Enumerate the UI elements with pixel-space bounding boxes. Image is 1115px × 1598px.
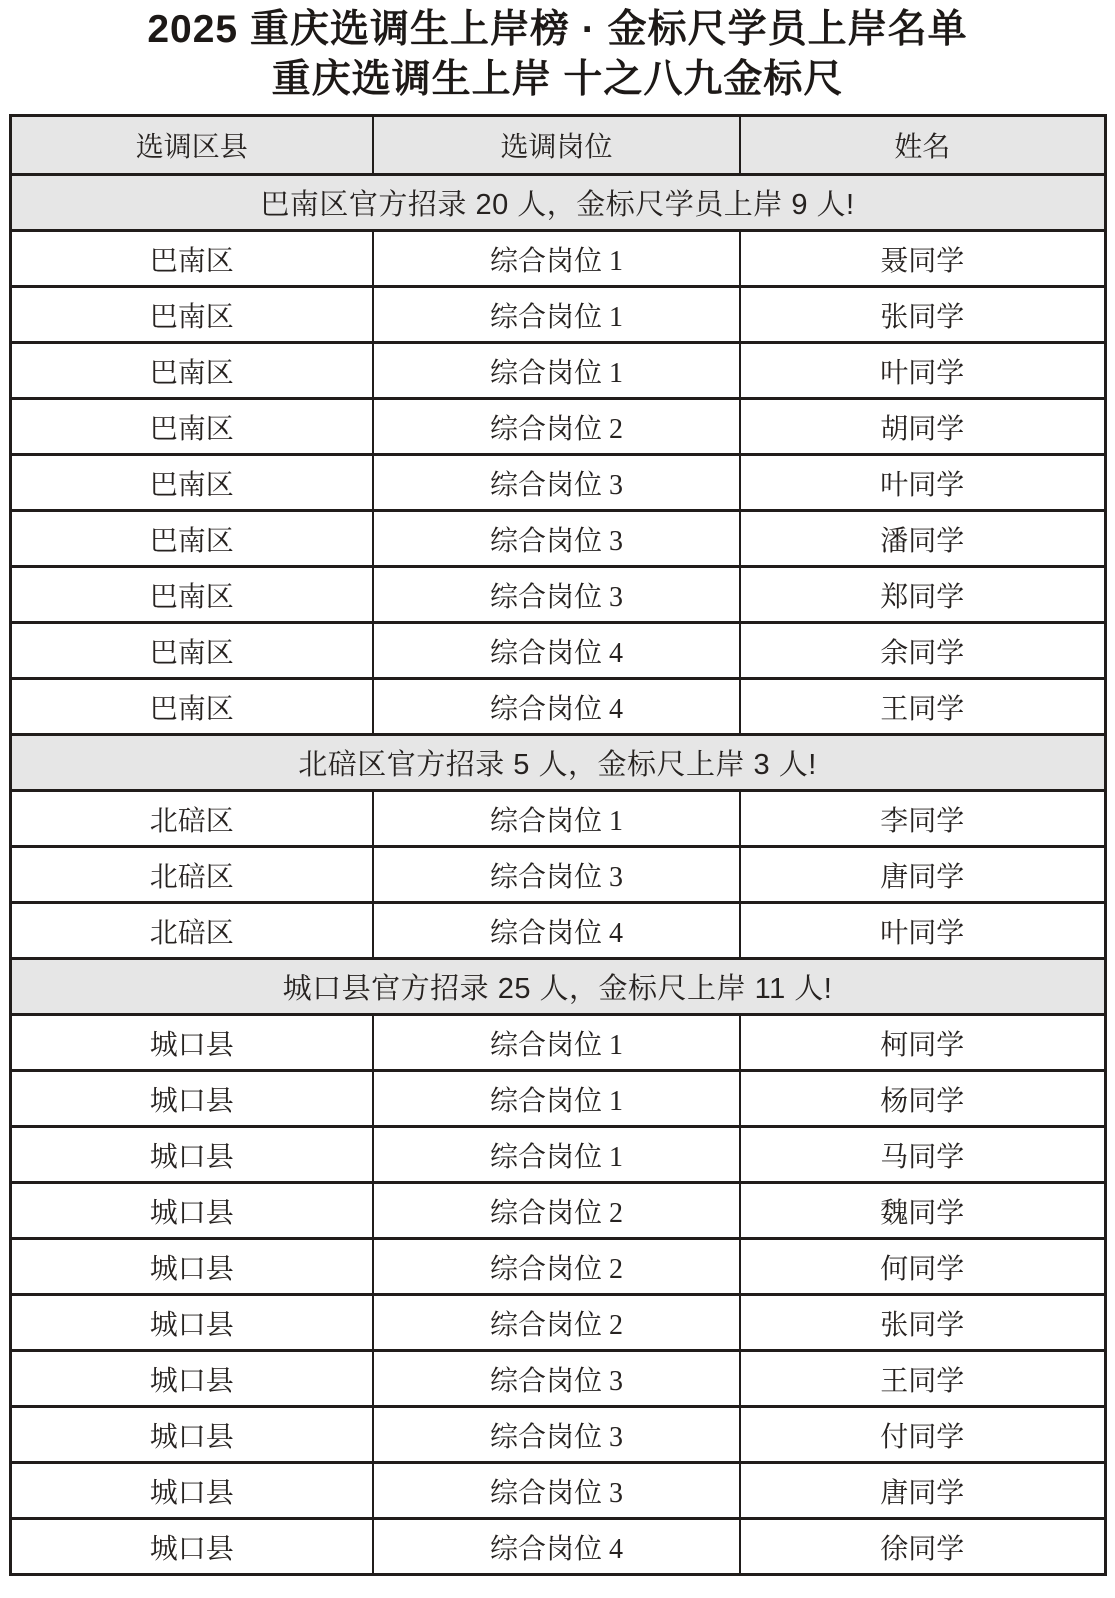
results-table: 选调区县选调岗位姓名 巴南区官方招录 20 人，金标尺学员上岸 9 人!巴南区综… [9, 114, 1107, 1576]
cell-name: 张同学 [740, 1295, 1105, 1351]
table-row: 北碚区综合岗位 3唐同学 [10, 847, 1105, 903]
cell-district: 巴南区 [10, 567, 373, 623]
cell-name: 叶同学 [740, 343, 1105, 399]
cell-district: 巴南区 [10, 623, 373, 679]
cell-district: 巴南区 [10, 287, 373, 343]
cell-district: 城口县 [10, 1295, 373, 1351]
cell-position: 综合岗位 1 [373, 791, 740, 847]
section-header-row: 巴南区官方招录 20 人，金标尺学员上岸 9 人! [10, 175, 1105, 231]
table-row: 城口县综合岗位 2张同学 [10, 1295, 1105, 1351]
cell-name: 潘同学 [740, 511, 1105, 567]
table-row: 城口县综合岗位 2何同学 [10, 1239, 1105, 1295]
cell-district: 北碚区 [10, 791, 373, 847]
cell-position: 综合岗位 2 [373, 1183, 740, 1239]
cell-position: 综合岗位 3 [373, 455, 740, 511]
column-header-row: 选调区县选调岗位姓名 [10, 116, 1105, 175]
section-header: 巴南区官方招录 20 人，金标尺学员上岸 9 人! [10, 175, 1105, 231]
cell-name: 王同学 [740, 679, 1105, 735]
column-header-district: 选调区县 [10, 116, 373, 175]
cell-district: 北碚区 [10, 847, 373, 903]
cell-position: 综合岗位 2 [373, 399, 740, 455]
table-row: 城口县综合岗位 4徐同学 [10, 1519, 1105, 1575]
cell-name: 付同学 [740, 1407, 1105, 1463]
section-header: 北碚区官方招录 5 人，金标尺上岸 3 人! [10, 735, 1105, 791]
cell-position: 综合岗位 3 [373, 567, 740, 623]
cell-district: 城口县 [10, 1519, 373, 1575]
cell-name: 唐同学 [740, 847, 1105, 903]
cell-name: 王同学 [740, 1351, 1105, 1407]
section-header-row: 北碚区官方招录 5 人，金标尺上岸 3 人! [10, 735, 1105, 791]
cell-district: 巴南区 [10, 679, 373, 735]
table-row: 巴南区综合岗位 2胡同学 [10, 399, 1105, 455]
table-body: 巴南区官方招录 20 人，金标尺学员上岸 9 人!巴南区综合岗位 1聂同学巴南区… [10, 175, 1105, 1575]
table-row: 城口县综合岗位 2魏同学 [10, 1183, 1105, 1239]
table-row: 城口县综合岗位 1柯同学 [10, 1015, 1105, 1071]
cell-name: 聂同学 [740, 231, 1105, 287]
cell-position: 综合岗位 3 [373, 1463, 740, 1519]
cell-district: 城口县 [10, 1015, 373, 1071]
cell-position: 综合岗位 2 [373, 1239, 740, 1295]
title-line-1: 2025 重庆选调生上岸榜 · 金标尺学员上岸名单 [0, 5, 1115, 55]
table-row: 巴南区综合岗位 3潘同学 [10, 511, 1105, 567]
section-header-row: 城口县官方招录 25 人，金标尺上岸 11 人! [10, 959, 1105, 1015]
cell-position: 综合岗位 3 [373, 847, 740, 903]
cell-district: 北碚区 [10, 903, 373, 959]
cell-district: 城口县 [10, 1463, 373, 1519]
cell-district: 巴南区 [10, 511, 373, 567]
table-row: 城口县综合岗位 1马同学 [10, 1127, 1105, 1183]
table-row: 城口县综合岗位 3王同学 [10, 1351, 1105, 1407]
table-row: 巴南区综合岗位 1聂同学 [10, 231, 1105, 287]
cell-position: 综合岗位 1 [373, 231, 740, 287]
title-line-2: 重庆选调生上岸 十之八九金标尺 [0, 55, 1115, 105]
cell-name: 杨同学 [740, 1071, 1105, 1127]
table-row: 巴南区综合岗位 1张同学 [10, 287, 1105, 343]
cell-name: 何同学 [740, 1239, 1105, 1295]
table-row: 巴南区综合岗位 1叶同学 [10, 343, 1105, 399]
cell-name: 张同学 [740, 287, 1105, 343]
table-row: 巴南区综合岗位 4王同学 [10, 679, 1105, 735]
cell-position: 综合岗位 3 [373, 511, 740, 567]
table-row: 巴南区综合岗位 4余同学 [10, 623, 1105, 679]
cell-district: 城口县 [10, 1351, 373, 1407]
table-row: 城口县综合岗位 1杨同学 [10, 1071, 1105, 1127]
cell-name: 余同学 [740, 623, 1105, 679]
cell-district: 城口县 [10, 1239, 373, 1295]
cell-position: 综合岗位 1 [373, 1127, 740, 1183]
cell-position: 综合岗位 4 [373, 623, 740, 679]
cell-name: 柯同学 [740, 1015, 1105, 1071]
cell-name: 胡同学 [740, 399, 1105, 455]
cell-position: 综合岗位 1 [373, 1071, 740, 1127]
cell-name: 李同学 [740, 791, 1105, 847]
page: 2025 重庆选调生上岸榜 · 金标尺学员上岸名单 重庆选调生上岸 十之八九金标… [0, 0, 1115, 1598]
column-header-name: 姓名 [740, 116, 1105, 175]
cell-position: 综合岗位 3 [373, 1407, 740, 1463]
cell-position: 综合岗位 2 [373, 1295, 740, 1351]
table-row: 巴南区综合岗位 3叶同学 [10, 455, 1105, 511]
page-title: 2025 重庆选调生上岸榜 · 金标尺学员上岸名单 重庆选调生上岸 十之八九金标… [0, 0, 1115, 105]
cell-district: 城口县 [10, 1407, 373, 1463]
cell-name: 唐同学 [740, 1463, 1105, 1519]
cell-position: 综合岗位 1 [373, 1015, 740, 1071]
table-row: 巴南区综合岗位 3郑同学 [10, 567, 1105, 623]
cell-district: 巴南区 [10, 231, 373, 287]
cell-name: 叶同学 [740, 455, 1105, 511]
cell-position: 综合岗位 4 [373, 1519, 740, 1575]
cell-name: 徐同学 [740, 1519, 1105, 1575]
section-header: 城口县官方招录 25 人，金标尺上岸 11 人! [10, 959, 1105, 1015]
cell-position: 综合岗位 1 [373, 343, 740, 399]
cell-district: 巴南区 [10, 343, 373, 399]
cell-name: 马同学 [740, 1127, 1105, 1183]
cell-name: 叶同学 [740, 903, 1105, 959]
cell-name: 魏同学 [740, 1183, 1105, 1239]
table-row: 北碚区综合岗位 1李同学 [10, 791, 1105, 847]
cell-position: 综合岗位 1 [373, 287, 740, 343]
column-header-position: 选调岗位 [373, 116, 740, 175]
cell-district: 城口县 [10, 1071, 373, 1127]
cell-position: 综合岗位 3 [373, 1351, 740, 1407]
cell-position: 综合岗位 4 [373, 679, 740, 735]
cell-position: 综合岗位 4 [373, 903, 740, 959]
cell-name: 郑同学 [740, 567, 1105, 623]
cell-district: 城口县 [10, 1127, 373, 1183]
table-row: 城口县综合岗位 3付同学 [10, 1407, 1105, 1463]
cell-district: 巴南区 [10, 455, 373, 511]
table-row: 北碚区综合岗位 4叶同学 [10, 903, 1105, 959]
table-row: 城口县综合岗位 3唐同学 [10, 1463, 1105, 1519]
cell-district: 城口县 [10, 1183, 373, 1239]
cell-district: 巴南区 [10, 399, 373, 455]
